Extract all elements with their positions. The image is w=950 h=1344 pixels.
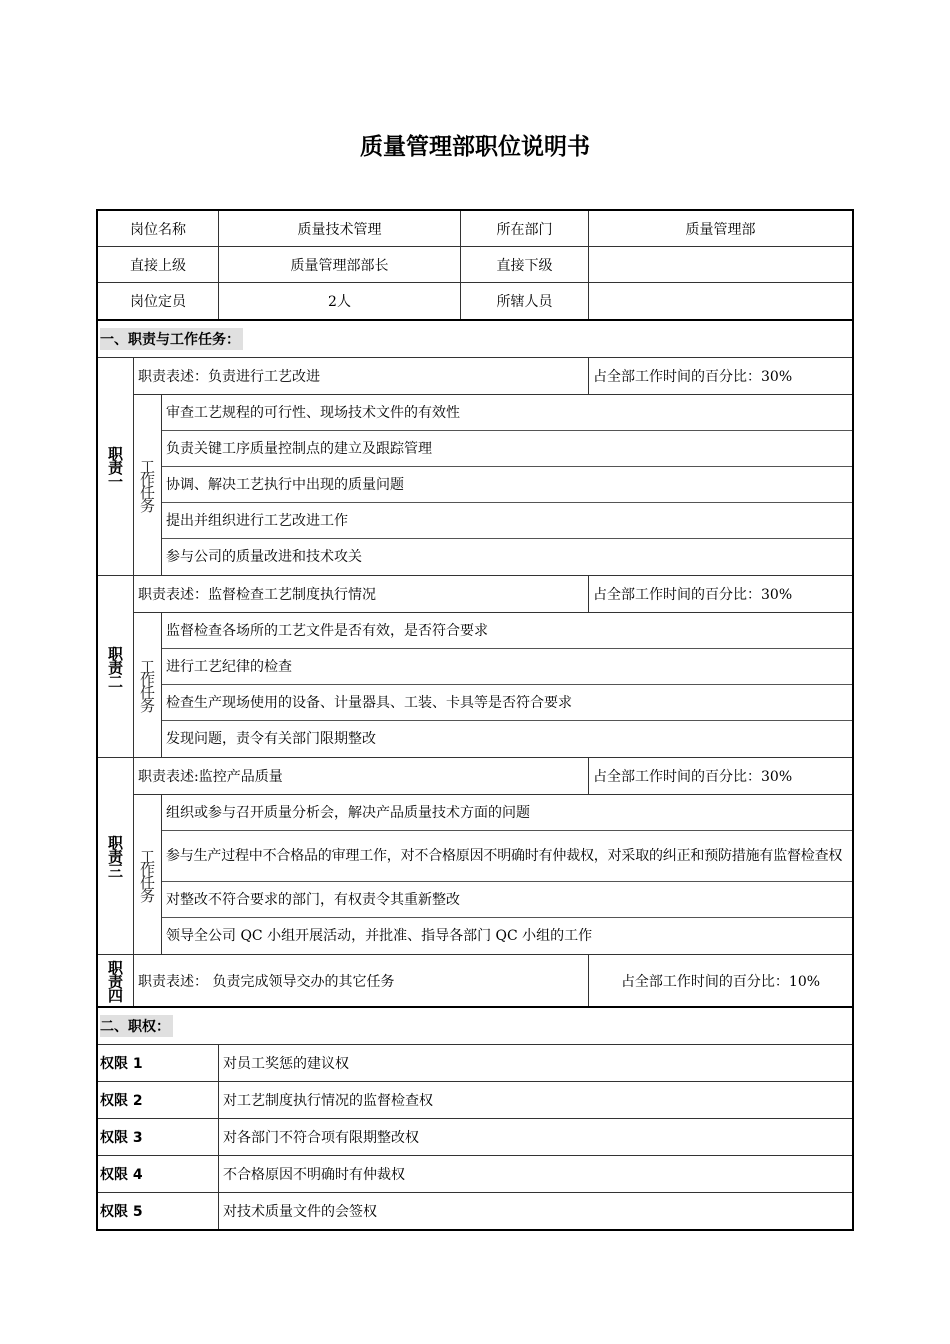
section-duties-heading: 一、职责与工作任务： bbox=[98, 319, 852, 358]
authority-key: 权限 3 bbox=[98, 1119, 219, 1155]
duty-block-2: 职责二 职责表述：监督检查工艺制度执行情况 占全部工作时间的百分比：30% 工作… bbox=[98, 576, 852, 758]
duty-percentage-1: 占全部工作时间的百分比：30% bbox=[589, 358, 852, 394]
duty-block-3: 职责三 职责表述:监控产品质量 占全部工作时间的百分比：30% 工作任务 组织或… bbox=[98, 758, 852, 955]
authority-value: 不合格原因不明确时有仲裁权 bbox=[219, 1156, 852, 1192]
header-row-headcount: 岗位定员 2人 所辖人员 bbox=[98, 283, 852, 319]
duty-label-4: 职责四 bbox=[98, 955, 134, 1006]
task-item: 进行工艺纪律的检查 bbox=[162, 649, 852, 685]
duty-percentage-4: 占全部工作时间的百分比：10% bbox=[589, 955, 852, 1006]
duty-label-2: 职责二 bbox=[98, 576, 134, 757]
label-position-name: 岗位名称 bbox=[98, 211, 219, 246]
value-direct-superior: 质量管理部部长 bbox=[219, 247, 461, 282]
duty-percentage-2: 占全部工作时间的百分比：30% bbox=[589, 576, 852, 612]
duty-description-3: 职责表述:监控产品质量 bbox=[134, 758, 589, 794]
label-headcount: 岗位定员 bbox=[98, 283, 219, 319]
duty-description-2: 职责表述：监督检查工艺制度执行情况 bbox=[134, 576, 589, 612]
value-department: 质量管理部 bbox=[589, 211, 852, 246]
section-authority-title: 二、职权： bbox=[100, 1015, 173, 1037]
task-item: 对整改不符合要求的部门，有权责令其重新整改 bbox=[162, 882, 852, 918]
document-title: 质量管理部职位说明书 bbox=[0, 128, 950, 161]
tasks-label-1: 工作任务 bbox=[134, 395, 162, 575]
authority-row: 权限 2 对工艺制度执行情况的监督检查权 bbox=[98, 1082, 852, 1119]
authority-value: 对员工奖惩的建议权 bbox=[219, 1045, 852, 1081]
duty-label-1: 职责一 bbox=[98, 358, 134, 575]
task-item: 监督检查各场所的工艺文件是否有效，是否符合要求 bbox=[162, 613, 852, 649]
task-item: 检查生产现场使用的设备、计量器具、工装、卡具等是否符合要求 bbox=[162, 685, 852, 721]
authority-row: 权限 5 对技术质量文件的会签权 bbox=[98, 1193, 852, 1229]
authority-row: 权限 4 不合格原因不明确时有仲裁权 bbox=[98, 1156, 852, 1193]
section-duties-title: 一、职责与工作任务： bbox=[100, 328, 243, 350]
tasks-label-3: 工作任务 bbox=[134, 795, 162, 954]
label-staff-managed: 所辖人员 bbox=[461, 283, 589, 319]
label-direct-subordinate: 直接下级 bbox=[461, 247, 589, 282]
task-item: 审查工艺规程的可行性、现场技术文件的有效性 bbox=[162, 395, 852, 431]
authority-key: 权限 1 bbox=[98, 1045, 219, 1081]
task-item: 参与生产过程中不合格品的审理工作，对不合格原因不明确时有仲裁权，对采取的纠正和预… bbox=[162, 831, 852, 882]
task-item: 发现问题，责令有关部门限期整改 bbox=[162, 721, 852, 757]
tasks-label-2: 工作任务 bbox=[134, 613, 162, 757]
authority-key: 权限 2 bbox=[98, 1082, 219, 1118]
value-direct-subordinate bbox=[589, 247, 852, 282]
duty-description-1: 职责表述：负责进行工艺改进 bbox=[134, 358, 589, 394]
duty-percentage-3: 占全部工作时间的百分比：30% bbox=[589, 758, 852, 794]
header-row-superior: 直接上级 质量管理部部长 直接下级 bbox=[98, 247, 852, 283]
job-description-table: 岗位名称 质量技术管理 所在部门 质量管理部 直接上级 质量管理部部长 直接下级… bbox=[96, 209, 854, 1231]
value-position-name: 质量技术管理 bbox=[219, 211, 461, 246]
authority-key: 权限 4 bbox=[98, 1156, 219, 1192]
task-item: 组织或参与召开质量分析会，解决产品质量技术方面的问题 bbox=[162, 795, 852, 831]
duty-label-3: 职责三 bbox=[98, 758, 134, 954]
authority-value: 对工艺制度执行情况的监督检查权 bbox=[219, 1082, 852, 1118]
duty-block-1: 职责一 职责表述：负责进行工艺改进 占全部工作时间的百分比：30% 工作任务 审… bbox=[98, 358, 852, 576]
authority-key: 权限 5 bbox=[98, 1193, 219, 1229]
label-direct-superior: 直接上级 bbox=[98, 247, 219, 282]
value-staff-managed bbox=[589, 283, 852, 319]
header-row-position: 岗位名称 质量技术管理 所在部门 质量管理部 bbox=[98, 211, 852, 247]
task-item: 参与公司的质量改进和技术攻关 bbox=[162, 539, 852, 575]
authority-row: 权限 3 对各部门不符合项有限期整改权 bbox=[98, 1119, 852, 1156]
authority-row: 权限 1 对员工奖惩的建议权 bbox=[98, 1045, 852, 1082]
section-authority-heading: 二、职权： bbox=[98, 1008, 852, 1045]
task-item: 提出并组织进行工艺改进工作 bbox=[162, 503, 852, 539]
value-headcount: 2人 bbox=[219, 283, 461, 319]
label-department: 所在部门 bbox=[461, 211, 589, 246]
task-item: 协调、解决工艺执行中出现的质量问题 bbox=[162, 467, 852, 503]
task-item: 领导全公司 QC 小组开展活动，并批准、指导各部门 QC 小组的工作 bbox=[162, 918, 852, 954]
authority-value: 对技术质量文件的会签权 bbox=[219, 1193, 852, 1229]
task-item: 负责关键工序质量控制点的建立及跟踪管理 bbox=[162, 431, 852, 467]
duty-block-4: 职责四 职责表述： 负责完成领导交办的其它任务 占全部工作时间的百分比：10% bbox=[98, 955, 852, 1008]
duty-description-4: 职责表述： 负责完成领导交办的其它任务 bbox=[134, 955, 589, 1006]
authority-value: 对各部门不符合项有限期整改权 bbox=[219, 1119, 852, 1155]
